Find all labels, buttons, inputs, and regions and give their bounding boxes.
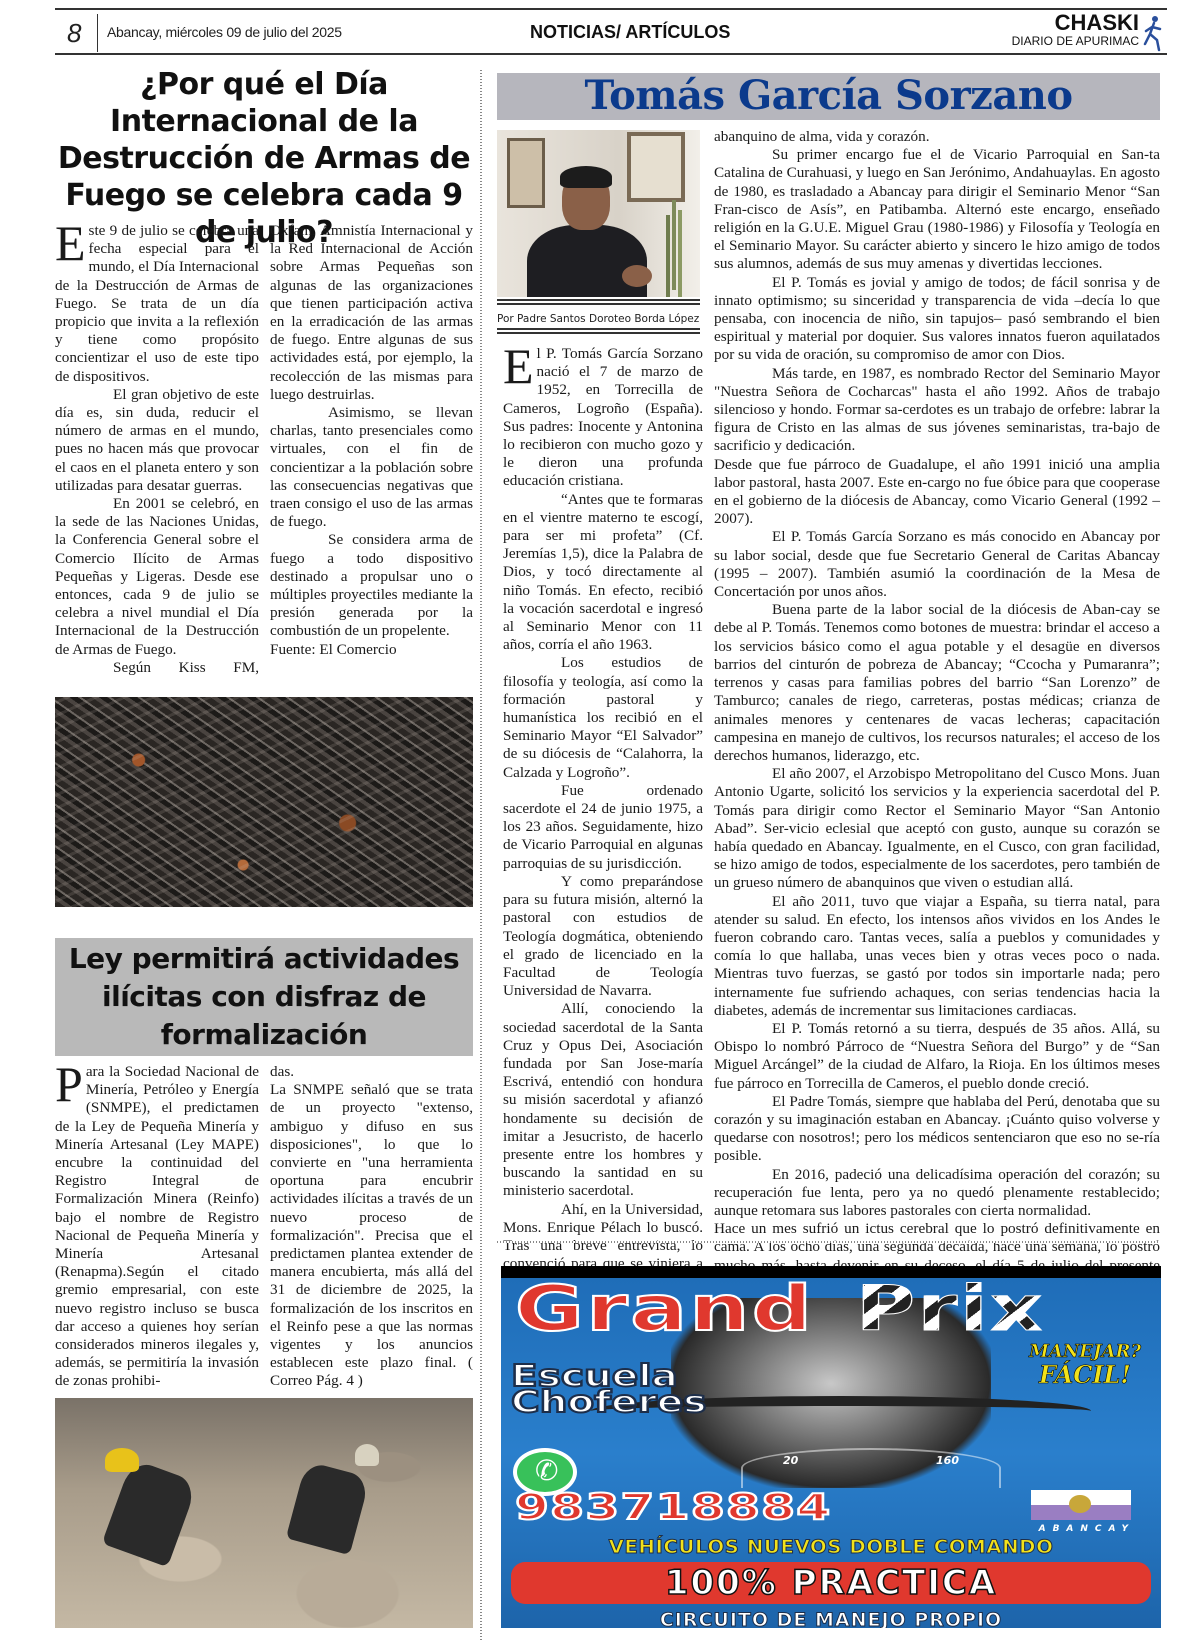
rule-bottom xyxy=(497,328,700,334)
page-number: 8 xyxy=(67,18,81,49)
byline: Por Padre Santos Doroteo Borda López xyxy=(497,313,699,325)
drop-cap: P xyxy=(55,1065,83,1103)
mining-article-headline: Ley permitirá actividades ilícitas con d… xyxy=(55,940,473,1054)
cap xyxy=(355,1444,379,1466)
speedometer-gauge: 20 160 xyxy=(741,1448,1001,1488)
mining-article-column-2: das. La SNMPE señaló que se trata de un … xyxy=(270,1063,473,1391)
destroyed-firearms-photo xyxy=(55,697,473,907)
ad-vehicles-line: VEHÍCULOS NUEVOS DOBLE COMANDO xyxy=(501,1536,1161,1558)
drop-cap: E xyxy=(503,347,534,385)
artisanal-miners-photo xyxy=(55,1398,473,1628)
drop-cap: E xyxy=(55,224,86,262)
section-title: NOTICIAS/ ARTÍCULOS xyxy=(530,22,730,43)
miner-figure xyxy=(102,1459,199,1568)
header-divider xyxy=(97,14,98,52)
ad-city-label: ABANCAY xyxy=(1039,1524,1135,1534)
obituary-column-2: abanquino de alma, vida y corazón. Su pr… xyxy=(714,128,1160,1348)
page-header: 8 Abancay, miércoles 09 de julio del 202… xyxy=(55,8,1167,55)
obituary-column-1: El P. Tomás García Sorzano nació el 7 de… xyxy=(503,345,703,1419)
column-divider xyxy=(480,70,482,1640)
obituary-headline: Tomás García Sorzano xyxy=(497,72,1160,120)
plant xyxy=(672,200,676,290)
driving-school-advertisement[interactable]: Grand Prix MANEJAR? FÁCIL! Escuela Chofe… xyxy=(501,1266,1161,1628)
firearms-article-column-1: Este 9 de julio se celebra una fecha esp… xyxy=(55,222,259,677)
issue-date: Abancay, miércoles 09 de julio del 2025 xyxy=(107,24,342,40)
ad-tagline: MANEJAR? FÁCIL! xyxy=(1029,1342,1141,1388)
mining-article-column-1: Para la Sociedad Nacional de Minería, Pe… xyxy=(55,1063,259,1391)
ad-circuit-line: CIRCUITO DE MANEJO PROPIO xyxy=(511,1608,1151,1628)
brand-subtitle: DIARIO DE APURIMAC xyxy=(1012,34,1139,48)
priest-portrait-photo xyxy=(497,130,700,297)
rule-top xyxy=(497,299,700,305)
ad-brand-prix: Prix xyxy=(856,1278,1045,1340)
abancay-flag-icon xyxy=(1031,1490,1131,1520)
masthead: CHASKI DIARIO DE APURIMAC xyxy=(1012,12,1139,48)
brand-name: CHASKI xyxy=(1012,12,1139,34)
miner-figure xyxy=(286,1461,370,1555)
ad-phone-number: 983718884 xyxy=(515,1490,832,1526)
ad-brand-grand: Grand xyxy=(515,1278,814,1340)
hard-hat xyxy=(105,1448,139,1472)
firearms-article-column-2: Oxfam, Amnistía Internacional y la Red I… xyxy=(270,222,473,659)
ad-practica-text: 100% PRACTICA xyxy=(511,1561,1151,1605)
ad-separator xyxy=(497,1241,1160,1243)
ad-school-name: Escuela Choferes xyxy=(511,1364,707,1416)
runner-messenger-icon xyxy=(1141,14,1165,52)
priest-figure xyxy=(527,170,647,297)
